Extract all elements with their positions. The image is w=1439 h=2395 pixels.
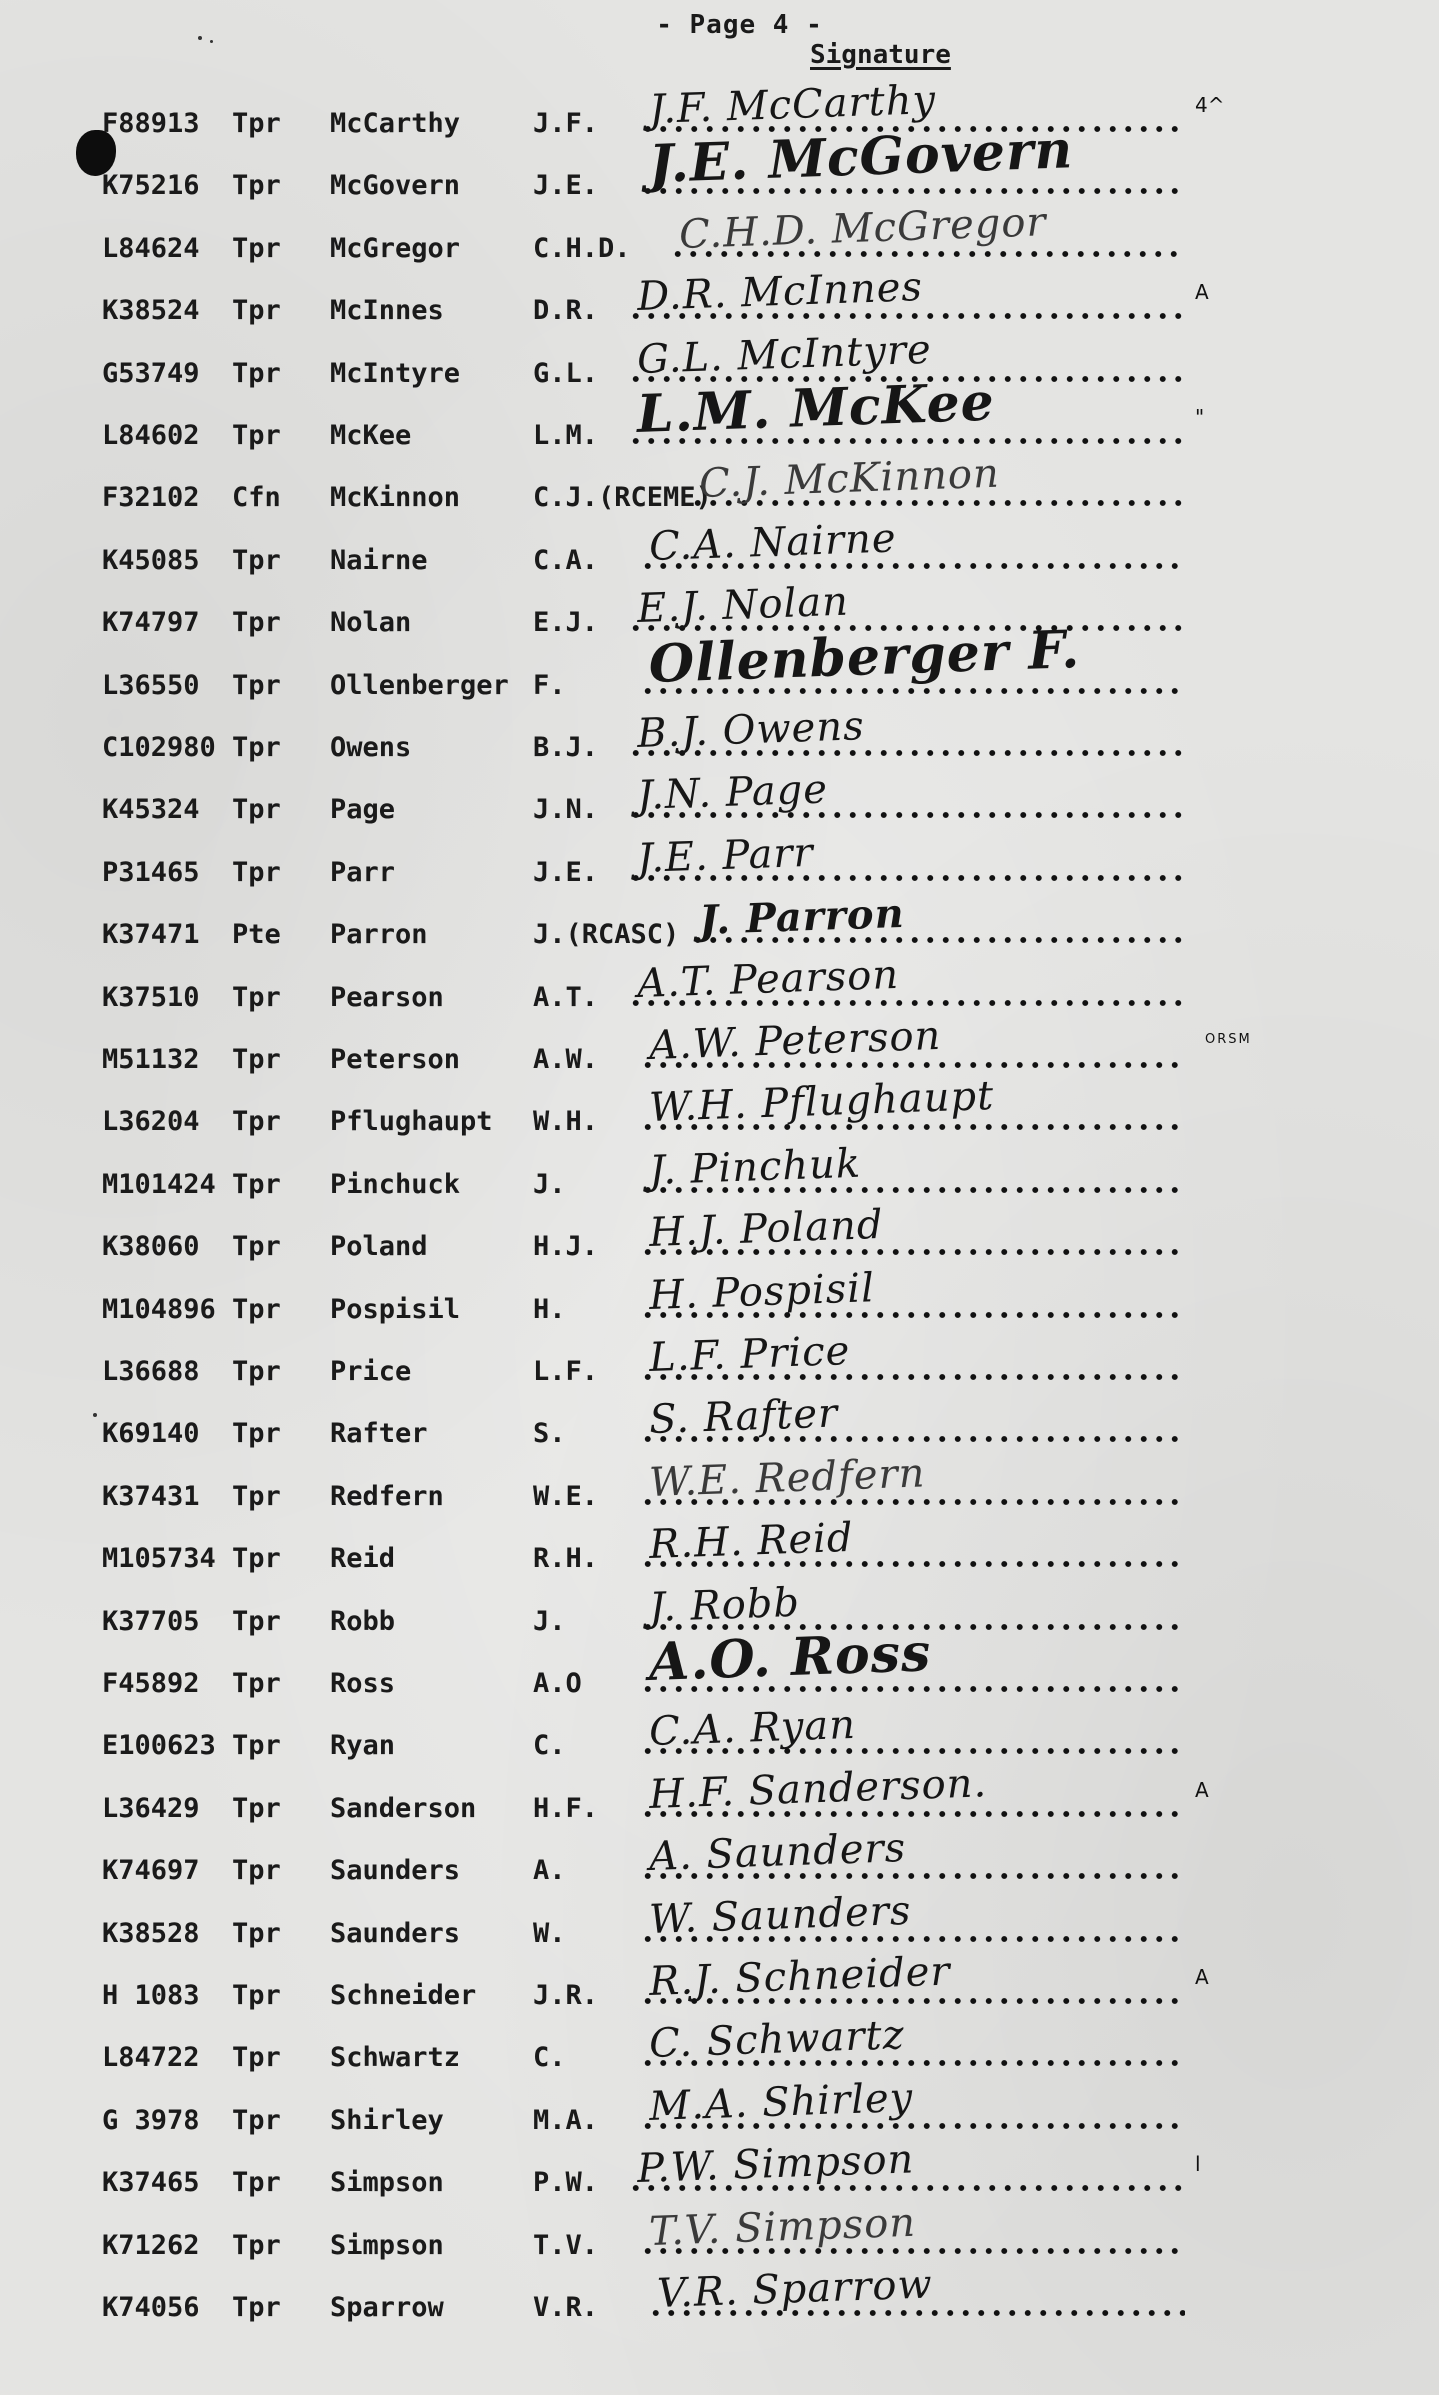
roster-row-3: L84624 Tpr McGregor C.H.D. C.H.D. McGreg…: [0, 208, 1439, 270]
rank: Tpr: [232, 607, 281, 638]
roster-row-21: L36688 Tpr Price L.F. L.F. Price: [0, 1331, 1439, 1393]
roster-row-20: M104896 Tpr Pospisil H. H. Pospisil: [0, 1269, 1439, 1331]
handwritten-signature: G.L. McIntyre: [636, 326, 932, 382]
document-page: - Page 4 - Signature F88913 Tpr McCarthy…: [0, 0, 1439, 2395]
rank: Tpr: [232, 2230, 281, 2261]
surname: Pospisil: [330, 1294, 460, 1325]
rank: Tpr: [232, 1231, 281, 1262]
surname: Sanderson: [330, 1793, 476, 1824]
initials: T.V.: [533, 2230, 598, 2261]
surname: McKinnon: [330, 482, 460, 513]
service-number: K37471: [102, 919, 200, 950]
initials: W.H.: [533, 1106, 598, 1137]
roster-row-11: C102980 Tpr Owens B.J. B.J. Owens: [0, 707, 1439, 769]
margin-annotation: l: [1195, 2152, 1201, 2176]
roster-row-16: M51132 Tpr Peterson A.W. A.W. Peterson O…: [0, 1019, 1439, 1081]
roster-row-12: K45324 Tpr Page J.N. J.N. Page: [0, 769, 1439, 831]
roster-row-36: K74056 Tpr Sparrow V.R. V.R. Sparrow: [0, 2267, 1439, 2329]
initials: V.R.: [533, 2292, 598, 2323]
service-number: K45324: [102, 794, 200, 825]
service-number: K38528: [102, 1918, 200, 1949]
roster-row-13: P31465 Tpr Parr J.E. J.E. Parr: [0, 832, 1439, 894]
paper-speck: [198, 36, 202, 40]
handwritten-signature: J.E. Parr: [636, 830, 814, 882]
rank: Tpr: [232, 1980, 281, 2011]
service-number: M51132: [102, 1044, 200, 1075]
roster-row-17: L36204 Tpr Pflughaupt W.H. W.H. Pflughau…: [0, 1081, 1439, 1143]
rank: Tpr: [232, 295, 281, 326]
roster-row-22: K69140 Tpr Rafter S. S. Rafter: [0, 1393, 1439, 1455]
surname: Parr: [330, 857, 395, 888]
handwritten-signature: V.R. Sparrow: [656, 2261, 933, 2317]
initials: J.E.: [533, 857, 598, 888]
initials: J.N.: [533, 794, 598, 825]
initials: A.O: [533, 1668, 582, 1699]
service-number: K74697: [102, 1855, 200, 1886]
handwritten-signature: H. Pospisil: [648, 1265, 875, 1319]
service-number: F45892: [102, 1668, 200, 1699]
rank: Tpr: [232, 1418, 281, 1449]
rank: Tpr: [232, 358, 281, 389]
rank: Tpr: [232, 108, 281, 139]
initials: L.M.: [533, 420, 598, 451]
rank: Pte: [232, 919, 281, 950]
roster-row-26: F45892 Tpr Ross A.O A.O. Ross: [0, 1643, 1439, 1705]
margin-annotation: A: [1195, 1965, 1209, 1989]
roster-row-27: E100623 Tpr Ryan C. C.A. Ryan: [0, 1705, 1439, 1767]
initials: H.F.: [533, 1793, 598, 1824]
handwritten-signature: L.F. Price: [648, 1328, 851, 1381]
roster-row-15: K37510 Tpr Pearson A.T. A.T. Pearson: [0, 957, 1439, 1019]
roster-row-8: K45085 Tpr Nairne C.A. C.A. Nairne: [0, 520, 1439, 582]
initials: J.: [533, 1606, 566, 1637]
handwritten-signature: J. Pinchuk: [648, 1140, 861, 1193]
service-number: L84722: [102, 2042, 200, 2073]
surname: Pinchuck: [330, 1169, 460, 1200]
roster-row-7: F32102 Cfn McKinnon C.J.(RCEME) C.J. McK…: [0, 457, 1439, 519]
service-number: L36550: [102, 670, 200, 701]
initials: M.A.: [533, 2105, 598, 2136]
rank: Tpr: [232, 420, 281, 451]
handwritten-signature: S. Rafter: [648, 1391, 838, 1444]
rank: Tpr: [232, 2292, 281, 2323]
initials: H.J.: [533, 1231, 598, 1262]
rank: Tpr: [232, 1918, 281, 1949]
rank: Tpr: [232, 1169, 281, 1200]
handwritten-signature: C.A. Ryan: [648, 1702, 856, 1755]
roster-row-31: H 1083 Tpr Schneider J.R. R.J. Schneider…: [0, 1955, 1439, 2017]
initials: J.(RCASC): [533, 919, 679, 950]
initials: J.F.: [533, 108, 598, 139]
surname: Ross: [330, 1668, 395, 1699]
initials: A.: [533, 1855, 566, 1886]
initials: A.W.: [533, 1044, 598, 1075]
surname: McCarthy: [330, 108, 460, 139]
surname: Peterson: [330, 1044, 460, 1075]
handwritten-signature: T.V. Simpson: [648, 2199, 916, 2254]
handwritten-signature: J.N. Page: [636, 767, 828, 820]
initials: C.J.(RCEME): [533, 482, 712, 513]
rank: Tpr: [232, 1855, 281, 1886]
rank: Tpr: [232, 857, 281, 888]
margin-annotation: ": [1195, 405, 1204, 429]
service-number: G53749: [102, 358, 200, 389]
service-number: C102980: [102, 732, 216, 763]
rank: Tpr: [232, 1730, 281, 1761]
surname: Page: [330, 794, 395, 825]
initials: F.: [533, 670, 566, 701]
surname: McGovern: [330, 170, 460, 201]
rank: Tpr: [232, 794, 281, 825]
rank: Tpr: [232, 1481, 281, 1512]
roster-row-18: M101424 Tpr Pinchuck J. J. Pinchuk: [0, 1144, 1439, 1206]
initials: P.W.: [533, 2167, 598, 2198]
roster-row-28: L36429 Tpr Sanderson H.F. H.F. Sanderson…: [0, 1768, 1439, 1830]
rank: Tpr: [232, 545, 281, 576]
service-number: L36429: [102, 1793, 200, 1824]
surname: McInnes: [330, 295, 444, 326]
surname: Redfern: [330, 1481, 444, 1512]
initials: R.H.: [533, 1543, 598, 1574]
initials: H.: [533, 1294, 566, 1325]
roster-row-14: K37471 Pte Parron J.(RCASC) J. Parron: [0, 894, 1439, 956]
initials: D.R.: [533, 295, 598, 326]
surname: Schwartz: [330, 2042, 460, 2073]
service-number: K37510: [102, 982, 200, 1013]
rank: Tpr: [232, 2042, 281, 2073]
surname: Poland: [330, 1231, 428, 1262]
roster-row-30: K38528 Tpr Saunders W. W. Saunders: [0, 1893, 1439, 1955]
roster-row-6: L84602 Tpr McKee L.M. L.M. McKee ": [0, 395, 1439, 457]
handwritten-signature: J.E. McGovern: [648, 120, 1074, 196]
surname: Price: [330, 1356, 411, 1387]
margin-annotation: A: [1195, 1778, 1209, 1802]
surname: Sparrow: [330, 2292, 444, 2323]
service-number: K38524: [102, 295, 200, 326]
roster-row-35: K71262 Tpr Simpson T.V. T.V. Simpson: [0, 2205, 1439, 2267]
service-number: K75216: [102, 170, 200, 201]
roster-row-19: K38060 Tpr Poland H.J. H.J. Poland: [0, 1206, 1439, 1268]
service-number: K37705: [102, 1606, 200, 1637]
surname: Owens: [330, 732, 411, 763]
rank: Tpr: [232, 1668, 281, 1699]
handwritten-signature: H.J. Poland: [648, 1202, 884, 1256]
rank: Tpr: [232, 670, 281, 701]
surname: Nairne: [330, 545, 428, 576]
rank: Cfn: [232, 482, 281, 513]
rank: Tpr: [232, 732, 281, 763]
margin-annotation: ORSM: [1205, 1032, 1252, 1047]
roster-row-33: G 3978 Tpr Shirley M.A. M.A. Shirley: [0, 2080, 1439, 2142]
initials: C.A.: [533, 545, 598, 576]
service-number: F88913: [102, 108, 200, 139]
service-number: K45085: [102, 545, 200, 576]
rank: Tpr: [232, 170, 281, 201]
margin-annotation: 4^: [1195, 93, 1224, 117]
service-number: F32102: [102, 482, 200, 513]
initials: S.: [533, 1418, 566, 1449]
rank: Tpr: [232, 1294, 281, 1325]
initials: L.F.: [533, 1356, 598, 1387]
surname: Reid: [330, 1543, 395, 1574]
service-number: E100623: [102, 1730, 216, 1761]
handwritten-signature: C. Schwartz: [648, 2013, 905, 2068]
rank: Tpr: [232, 2167, 281, 2198]
signature-column-heading: Signature: [810, 40, 951, 70]
surname: McKee: [330, 420, 411, 451]
surname: Shirley: [330, 2105, 444, 2136]
service-number: L36204: [102, 1106, 200, 1137]
service-number: M104896: [102, 1294, 216, 1325]
handwritten-signature: C.A. Nairne: [648, 515, 897, 570]
rank: Tpr: [232, 1606, 281, 1637]
roster-row-23: K37431 Tpr Redfern W.E. W.E. Redfern: [0, 1456, 1439, 1518]
rank: Tpr: [232, 1356, 281, 1387]
service-number: K74797: [102, 607, 200, 638]
handwritten-signature: J. Robb: [648, 1579, 800, 1630]
initials: C.: [533, 1730, 566, 1761]
initials: J.: [533, 1169, 566, 1200]
roster-row-10: L36550 Tpr Ollenberger F. Ollenberger F.: [0, 645, 1439, 707]
handwritten-signature: E.J. Nolan: [636, 579, 849, 632]
surname: Rafter: [330, 1418, 428, 1449]
initials: W.: [533, 1918, 566, 1949]
surname: Robb: [330, 1606, 395, 1637]
initials: C.: [533, 2042, 566, 2073]
handwritten-signature: M.A. Shirley: [648, 2075, 914, 2130]
roster-row-4: K38524 Tpr McInnes D.R. D.R. McInnes A: [0, 270, 1439, 332]
roster-row-2: K75216 Tpr McGovern J.E. J.E. McGovern: [0, 145, 1439, 207]
initials: J.R.: [533, 1980, 598, 2011]
initials: W.E.: [533, 1481, 598, 1512]
handwritten-signature: L.M. McKee: [636, 372, 996, 445]
handwritten-signature: J. Parron: [698, 890, 905, 944]
paper-speck: [210, 40, 213, 43]
margin-annotation: A: [1195, 280, 1209, 304]
rank: Tpr: [232, 2105, 281, 2136]
surname: Parron: [330, 919, 428, 950]
surname: McGregor: [330, 233, 460, 264]
service-number: K38060: [102, 1231, 200, 1262]
service-number: K37465: [102, 2167, 200, 2198]
service-number: M105734: [102, 1543, 216, 1574]
handwritten-signature: W. Saunders: [648, 1887, 912, 1942]
service-number: K69140: [102, 1418, 200, 1449]
handwritten-signature: B.J. Owens: [636, 703, 865, 757]
service-number: K74056: [102, 2292, 200, 2323]
surname: Ryan: [330, 1730, 395, 1761]
roster-row-29: K74697 Tpr Saunders A. A. Saunders: [0, 1830, 1439, 1892]
surname: Simpson: [330, 2230, 444, 2261]
initials: B.J.: [533, 732, 598, 763]
initials: G.L.: [533, 358, 598, 389]
service-number: L84602: [102, 420, 200, 451]
rank: Tpr: [232, 233, 281, 264]
rank: Tpr: [232, 1106, 281, 1137]
handwritten-signature: A. Saunders: [648, 1825, 906, 1880]
rank: Tpr: [232, 982, 281, 1013]
initials: C.H.D.: [533, 233, 631, 264]
service-number: P31465: [102, 857, 200, 888]
roster-row-24: M105734 Tpr Reid R.H. R.H. Reid: [0, 1518, 1439, 1580]
rank: Tpr: [232, 1793, 281, 1824]
service-number: M101424: [102, 1169, 216, 1200]
handwritten-signature: W.E. Redfern: [648, 1450, 926, 1506]
initials: J.E.: [533, 170, 598, 201]
handwritten-signature: A.O. Ross: [648, 1622, 932, 1693]
rank: Tpr: [232, 1044, 281, 1075]
surname: Schneider: [330, 1980, 476, 2011]
service-number: L36688: [102, 1356, 200, 1387]
roster-row-34: K37465 Tpr Simpson P.W. P.W. Simpson l: [0, 2142, 1439, 2204]
handwritten-signature: A.T. Pearson: [636, 951, 899, 1006]
surname: Saunders: [330, 1855, 460, 1886]
surname: Saunders: [330, 1918, 460, 1949]
roster-row-32: L84722 Tpr Schwartz C. C. Schwartz: [0, 2017, 1439, 2079]
initials: E.J.: [533, 607, 598, 638]
rank: Tpr: [232, 1543, 281, 1574]
service-number: K37431: [102, 1481, 200, 1512]
surname: Nolan: [330, 607, 411, 638]
surname: McIntyre: [330, 358, 460, 389]
service-number: L84624: [102, 233, 200, 264]
service-number: K71262: [102, 2230, 200, 2261]
initials: A.T.: [533, 982, 598, 1013]
service-number: G 3978: [102, 2105, 200, 2136]
handwritten-signature: R.H. Reid: [648, 1515, 854, 1568]
surname: Simpson: [330, 2167, 444, 2198]
page-number: - Page 4 -: [0, 10, 1439, 40]
service-number: H 1083: [102, 1980, 200, 2011]
surname: Ollenberger: [330, 670, 509, 701]
surname: Pflughaupt: [330, 1106, 493, 1137]
surname: Pearson: [330, 982, 444, 1013]
